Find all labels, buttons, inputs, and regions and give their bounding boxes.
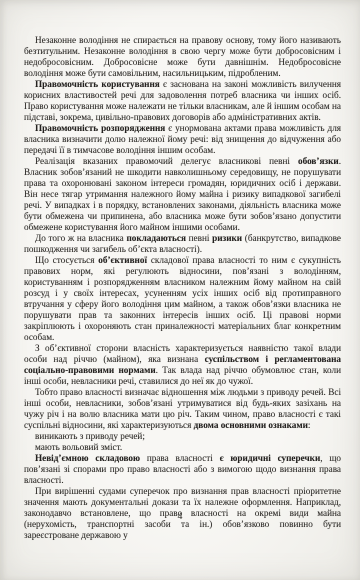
- paragraph: Тобто право власності визначає відношенн…: [24, 387, 341, 431]
- page-text: Незаконне володіння не спирається на пра…: [24, 35, 341, 541]
- paragraph: Невід’ємною складовою права власності є …: [24, 453, 341, 486]
- paragraph: З об’єктивної сторони власність характер…: [24, 343, 341, 387]
- paragraph: Правомочність розпорядження є унормована…: [24, 123, 341, 156]
- paragraph: Реалізація вказаних правомочий делегує в…: [24, 156, 341, 233]
- paragraph: До того ж на власника покладаються певні…: [24, 233, 341, 255]
- scanned-book-page: Незаконне володіння не спирається на пра…: [0, 0, 360, 580]
- paragraph: Незаконне володіння не спирається на пра…: [24, 35, 341, 79]
- paragraph: мають вольовий зміст.: [24, 442, 341, 453]
- paragraph: Правомочність користування є заснована н…: [24, 79, 341, 123]
- paragraph: виникають з приводу речей;: [24, 431, 341, 442]
- paragraph: Що стосується об’єктивної складової прав…: [24, 255, 341, 343]
- page-number: 4: [0, 512, 360, 522]
